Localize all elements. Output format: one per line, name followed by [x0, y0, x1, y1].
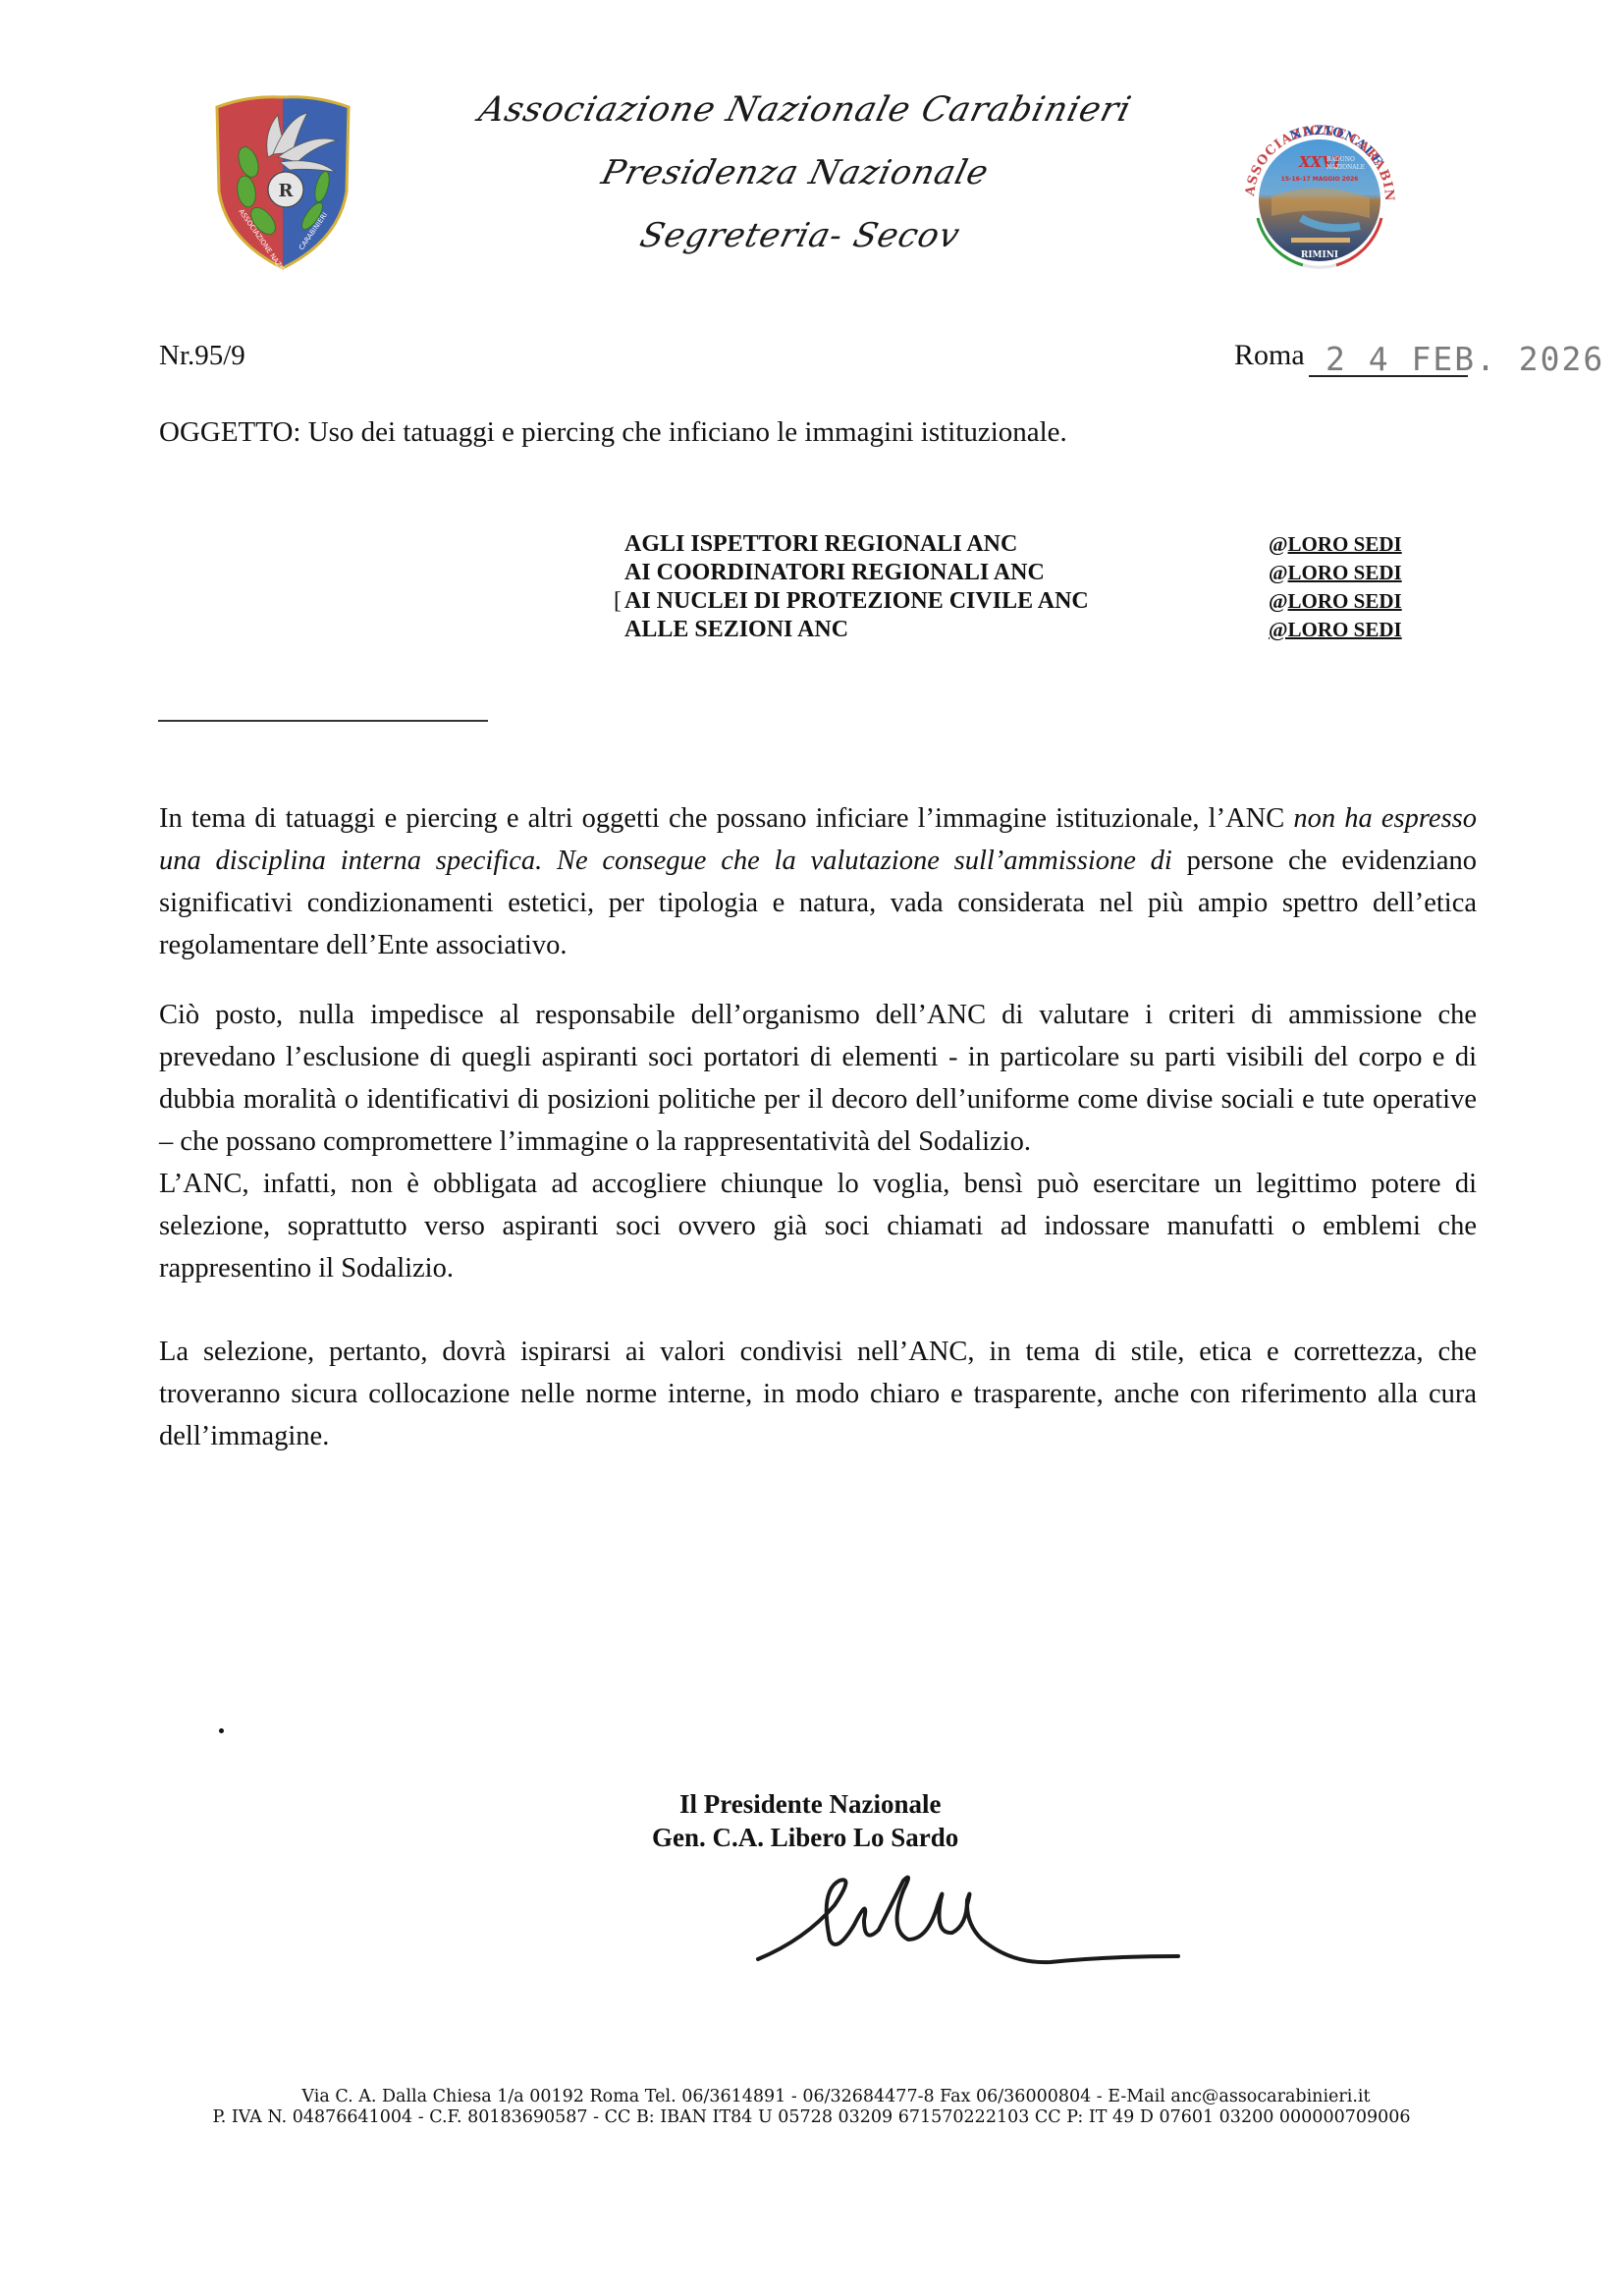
- seal-icon: ASSOCIAZIONE NAZIONALE CARABINIERI XXVI …: [1232, 110, 1407, 287]
- department-name: Segreteria- Secov: [444, 204, 1157, 267]
- carabinieri-shield-logo: R ASSOCIAZIONE NAZIONALE CARABINIERI: [209, 93, 356, 272]
- svg-text:R: R: [279, 181, 295, 201]
- destination: @LORO SEDI: [1269, 559, 1402, 587]
- office-name: Presidenza Nazionale: [434, 141, 1157, 204]
- recipients-list: AGLI ISPETTORI REGIONALI ANC AI COORDINA…: [624, 530, 1089, 644]
- svg-text:15-16-17 MAGGIO 2026: 15-16-17 MAGGIO 2026: [1281, 176, 1359, 183]
- subject-line: OGGETTO: Uso dei tatuaggi e piercing che…: [159, 416, 1067, 449]
- signer-title: Il Presidente Nazionale: [652, 1787, 958, 1821]
- destination: @LORO SEDI: [1269, 530, 1402, 559]
- body-paragraph-1: In tema di tatuaggi e piercing e altri o…: [159, 797, 1477, 966]
- handwritten-signature-icon: [717, 1846, 1227, 2003]
- body-paragraph-3: La selezione, pertanto, dovrà ispirarsi …: [159, 1331, 1477, 1457]
- recipient: AI COORDINATORI REGIONALI ANC: [624, 559, 1089, 587]
- body-paragraph-2: Ciò posto, nulla impedisce al responsabi…: [159, 994, 1477, 1289]
- recipient: AGLI ISPETTORI REGIONALI ANC: [624, 530, 1089, 559]
- organization-name: Associazione Nazionale Carabinieri: [454, 79, 1157, 141]
- footer: Via C. A. Dalla Chiesa 1/a 00192 Roma Te…: [0, 2087, 1623, 2128]
- destination: @LORO SEDI: [1269, 587, 1402, 616]
- recipient: AI NUCLEI DI PROTEZIONE CIVILE ANC: [624, 587, 1089, 616]
- recipient: ALLE SEZIONI ANC: [624, 616, 1089, 644]
- signature-block: Il Presidente Nazionale Gen. C.A. Libero…: [652, 1787, 958, 1854]
- destinations-list: @LORO SEDI @LORO SEDI @LORO SEDI @LORO S…: [1269, 530, 1402, 644]
- destination: @LORO SEDI: [1269, 616, 1402, 644]
- place-label: Roma: [1234, 339, 1305, 372]
- footer-fiscal: P. IVA N. 04876641004 - C.F. 80183690587…: [0, 2107, 1623, 2128]
- svg-text:RADUNO: RADUNO: [1326, 156, 1355, 163]
- svg-text:NAZIONALE: NAZIONALE: [1326, 164, 1365, 171]
- date-underline: [1309, 375, 1468, 377]
- svg-text:RIMINI: RIMINI: [1301, 250, 1338, 260]
- raduno-nazionale-seal: ASSOCIAZIONE NAZIONALE CARABINIERI XXVI …: [1232, 110, 1407, 287]
- shield-icon: R ASSOCIAZIONE NAZIONALE CARABINIERI: [209, 93, 356, 272]
- letterhead: Associazione Nazionale Carabinieri Presi…: [461, 79, 1149, 267]
- footer-address: Via C. A. Dalla Chiesa 1/a 00192 Roma Te…: [0, 2087, 1623, 2107]
- date-stamp: 2 4 FEB. 2026: [1325, 340, 1604, 378]
- protocol-number: Nr.95/9: [159, 340, 245, 372]
- separator-line: [158, 720, 488, 722]
- stray-mark: [219, 1728, 224, 1733]
